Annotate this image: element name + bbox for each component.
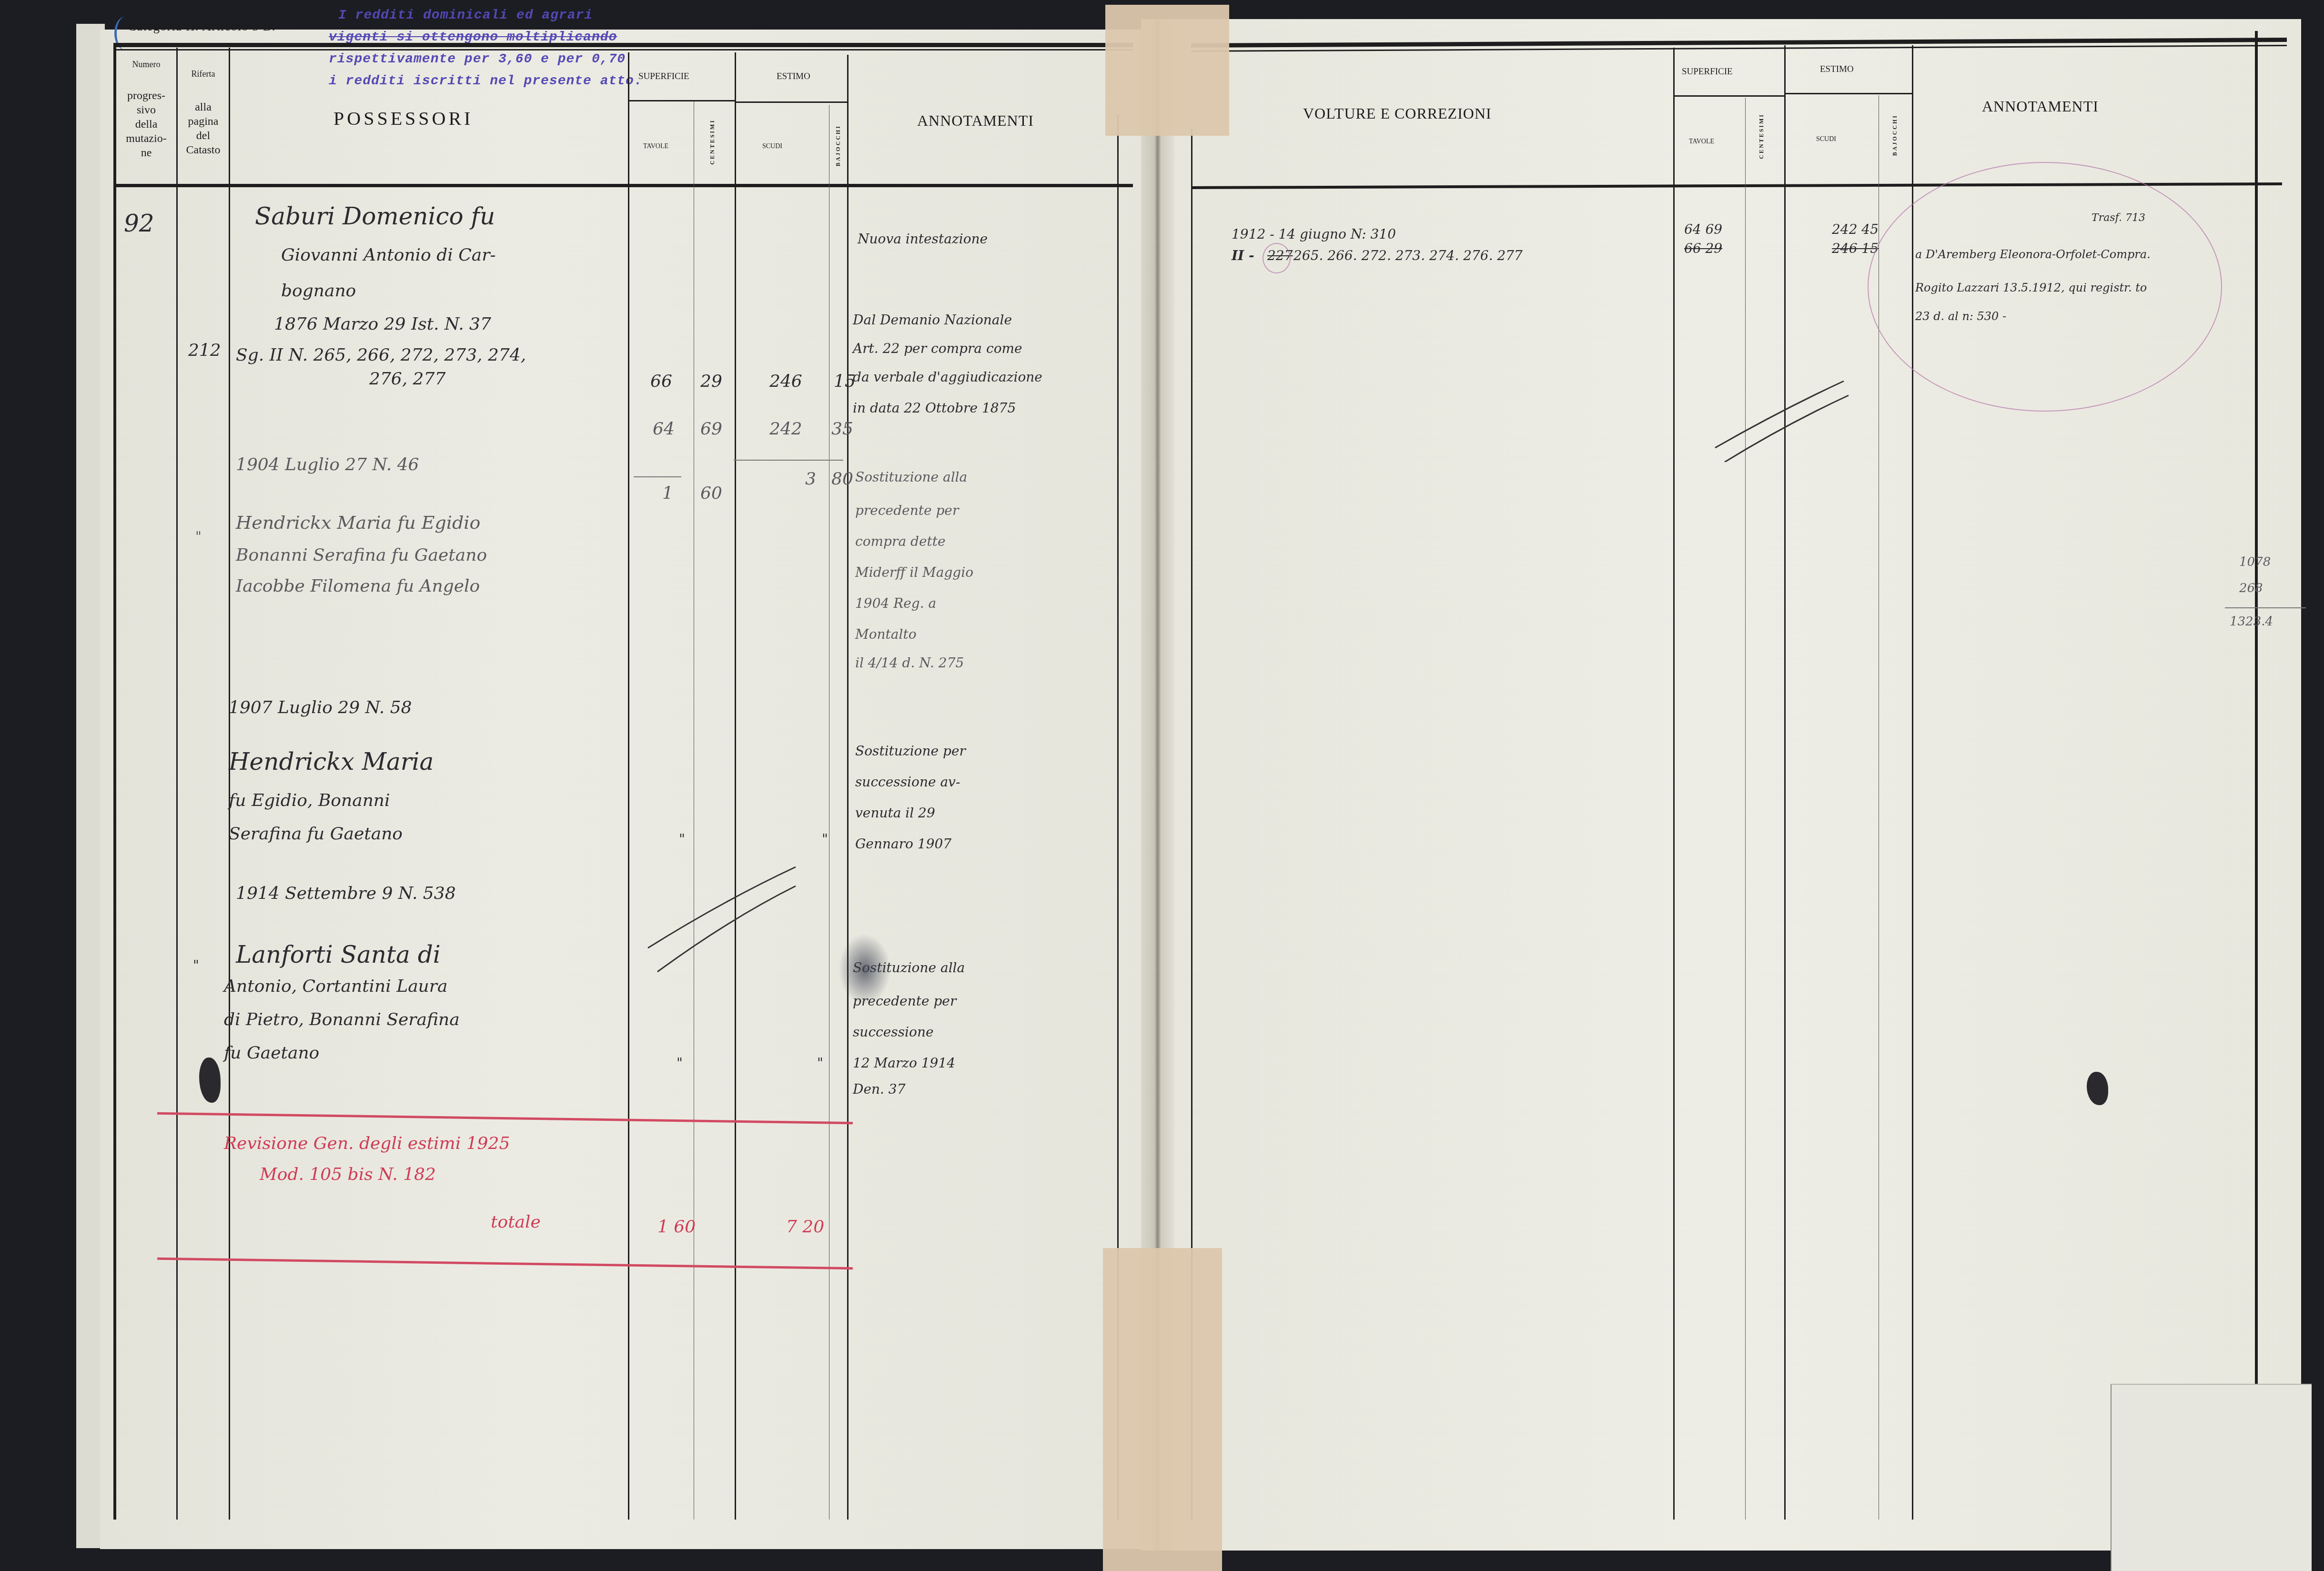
- paper-patch: [2111, 1384, 2312, 1571]
- annotation-line: Den. 37: [853, 1081, 905, 1097]
- entry-numero: 92: [124, 210, 154, 237]
- header-superficie-right: SUPERFICIE: [1682, 67, 1733, 77]
- subtotal-rule: [634, 476, 681, 477]
- centesimi-value: 60: [700, 483, 722, 503]
- column-rule: [176, 48, 178, 1520]
- header-numero-line: Numero: [116, 57, 176, 71]
- annotation-line: compra dette: [855, 534, 946, 549]
- totale-superficie: 1 60: [657, 1217, 696, 1237]
- column-rule: [735, 52, 736, 1520]
- category-label: Categoria II. Articolo 5 B.: [128, 19, 275, 34]
- centesimi-value: 29: [700, 372, 722, 391]
- margin-calc-line: 1323.4: [2230, 614, 2273, 629]
- revision-note-line2: Mod. 105 bis N. 182: [260, 1165, 436, 1184]
- totale-estimo: 7 20: [786, 1217, 824, 1237]
- owner-line: di Pietro, Bonanni Serafina: [224, 1010, 460, 1029]
- annotation-line: Nuova intestazione: [858, 231, 988, 247]
- bajocchi-value: 15: [834, 372, 856, 391]
- column-rule: [113, 43, 116, 1520]
- subheader-rule: [736, 101, 847, 103]
- header-riferta-line: pagina: [178, 114, 229, 129]
- circled-mark: [1263, 243, 1291, 273]
- owner-line: Iacobbe Filomena fu Angelo: [236, 576, 480, 596]
- tavole-value: 66: [650, 372, 672, 391]
- entry-riferta: 212: [188, 341, 221, 360]
- annotation-line: Sostituzione per: [855, 743, 966, 759]
- header-top-rule-thin: [113, 49, 1133, 50]
- column-rule: [1784, 45, 1786, 1520]
- annotation-line: precedente per: [855, 503, 959, 518]
- owner-line: 1904 Luglio 27 N. 46: [236, 455, 419, 474]
- cancel-strokes: [1710, 367, 1853, 462]
- stamp-line: i redditi iscritti nel presente atto.: [329, 70, 643, 92]
- annotation-line: in data 22 Ottobre 1875: [853, 400, 1016, 416]
- header-numero: Numero progres- sivo della mutazio- ne: [116, 57, 176, 160]
- annotation-line: Montalto: [855, 626, 917, 642]
- owner-line: 1914 Settembre 9 N. 538: [236, 884, 456, 903]
- owner-line: Antonio, Cortantini Laura: [224, 977, 447, 996]
- estimo-new: 242 45: [1832, 222, 1879, 237]
- header-annotamenti-right: ANNOTAMENTI: [1982, 98, 2099, 115]
- header-centesimi: CENTESIMI: [709, 119, 716, 165]
- bajocchi-corrected: 35: [831, 419, 853, 439]
- header-riferta-line: Riferta: [178, 67, 229, 81]
- header-bottom-rule: [113, 184, 1133, 187]
- owner-line: fu Egidio, Bonanni: [229, 791, 390, 810]
- subheader-rule: [1786, 93, 1912, 94]
- header-numero-line: mutazio-: [116, 131, 176, 146]
- owner-line: fu Gaetano: [224, 1043, 319, 1063]
- revision-note-line1: Revisione Gen. degli estimi 1925: [224, 1134, 510, 1153]
- annotation-line: 23 d. al n: 530 -: [1915, 310, 2006, 323]
- bajocchi-value: 80: [831, 469, 853, 489]
- voltura-date: 1912 - 14 giugno N: 310: [1232, 226, 1396, 242]
- annotation-line: Sostituzione alla: [855, 469, 967, 485]
- column-rule-thin: [829, 105, 829, 1520]
- column-rule: [847, 55, 849, 1520]
- centesimi-corrected: 69: [700, 419, 722, 439]
- header-numero-line: sivo: [116, 103, 176, 117]
- header-tavole: TAVOLE: [643, 143, 668, 151]
- stamp-line: rispettivamente per 3,60 e per 0,70: [329, 49, 643, 70]
- column-rule-thin: [694, 100, 694, 1520]
- annotation-line: da verbale d'aggiudicazione: [853, 369, 1042, 385]
- annotation-line: Trasf. 713: [2092, 212, 2145, 224]
- column-rule: [628, 52, 629, 1520]
- margin-calc-line: 1078: [2239, 555, 2271, 569]
- totale-label: totale: [491, 1212, 541, 1232]
- owner-line: 1907 Luglio 29 N. 58: [229, 698, 412, 717]
- header-volture: VOLTURE E CORREZIONI: [1303, 105, 1492, 122]
- column-rule-thin: [1745, 98, 1746, 1520]
- header-superficie: SUPERFICIE: [638, 71, 689, 82]
- header-estimo: ESTIMO: [777, 71, 810, 82]
- header-centesimi-right: CENTESIMI: [1758, 113, 1765, 159]
- owner-line: bognano: [281, 281, 356, 301]
- ditto-mark: ": [679, 831, 685, 847]
- scudi-value: 3: [805, 469, 816, 489]
- column-rule: [229, 48, 230, 1520]
- owner-line: 276, 277: [369, 369, 445, 389]
- header-bajocchi-right: BAJOCCHI: [1891, 114, 1899, 156]
- annotation-line: Art. 22 per compra come: [853, 341, 1022, 356]
- margin-calc-line: 268: [2239, 581, 2263, 595]
- header-riferta-line: del: [178, 129, 229, 143]
- annotation-line: Miderff il Maggio: [855, 564, 973, 580]
- ditto-mark: ": [817, 1055, 823, 1071]
- repair-tape-bottom: [1103, 1248, 1222, 1571]
- tax-multiplier-stamp: I redditi dominicali ed agrari vigenti s…: [329, 5, 643, 92]
- header-bajocchi: BAJOCCHI: [835, 125, 842, 166]
- superficie-new: 64 69: [1684, 222, 1722, 237]
- estimo-old: 246 15: [1832, 241, 1879, 256]
- scudi-value: 246: [769, 372, 802, 391]
- header-riferta-line: alla: [178, 100, 229, 114]
- ditto-mark: ": [677, 1055, 683, 1071]
- column-rule-outer: [2255, 31, 2258, 1489]
- annotation-line: successione av-: [855, 774, 960, 790]
- owner-line: Serafina fu Gaetano: [229, 824, 403, 844]
- annotation-line: 1904 Reg. a: [855, 595, 936, 611]
- header-numero-line: ne: [116, 146, 176, 160]
- tavole-value: 1: [662, 483, 673, 503]
- annotation-line: successione: [853, 1024, 934, 1040]
- header-scudi-right: SCUDI: [1816, 136, 1836, 143]
- annotation-line: Rogito Lazzari 13.5.1912, qui registr. t…: [1915, 281, 2147, 294]
- scudi-corrected: 242: [769, 419, 802, 439]
- tavole-corrected: 64: [653, 419, 675, 439]
- annotation-line: Dal Demanio Nazionale: [853, 312, 1012, 328]
- ink-smudge: [839, 934, 891, 1005]
- ditto-mark: ": [193, 957, 199, 973]
- header-annotamenti: ANNOTAMENTI: [917, 112, 1034, 130]
- header-riferta: Riferta alla pagina del Catasto: [178, 67, 229, 157]
- header-numero-line: progres-: [116, 89, 176, 103]
- owner-line: Hendrickx Maria fu Egidio: [236, 512, 480, 533]
- voltura-prefix: II -: [1232, 248, 1254, 263]
- owner-line: Bonanni Serafina fu Gaetano: [236, 545, 487, 565]
- header-possessori: POSSESSORI: [333, 107, 473, 130]
- owner-line: Hendrickx Maria: [229, 748, 434, 775]
- header-tavole-right: TAVOLE: [1689, 138, 1714, 146]
- column-rule: [1673, 48, 1675, 1520]
- repair-tape-top: [1105, 5, 1229, 136]
- ditto-mark: ": [195, 529, 202, 544]
- annotation-line: Gennaro 1907: [855, 836, 951, 852]
- subtotal-rule: [734, 460, 843, 461]
- owner-line: 1876 Marzo 29 Ist. N. 37: [274, 314, 491, 334]
- header-top-rule: [113, 43, 1133, 47]
- annotation-line: il 4/14 d. N. 275: [855, 655, 964, 671]
- margin-calc-rule: [2225, 607, 2306, 608]
- annotation-line: a D'Aremberg Eleonora-Orfolet-Compra.: [1915, 248, 2151, 261]
- subheader-rule: [629, 100, 735, 101]
- annotation-line: venuta il 29: [855, 805, 935, 821]
- header-scudi: SCUDI: [762, 143, 782, 151]
- annotation-line: 12 Marzo 1914: [853, 1055, 955, 1071]
- ditto-mark: ": [822, 831, 828, 847]
- owner-line: Saburi Domenico fu: [255, 202, 495, 230]
- voltura-parcel-numbers: 265. 266. 272. 273. 274. 276. 277: [1293, 248, 1523, 263]
- header-numero-line: della: [116, 117, 176, 131]
- left-page: [100, 30, 1153, 1549]
- owner-line: Lanforti Santa di: [236, 941, 441, 968]
- header-riferta-line: Catasto: [178, 143, 229, 157]
- stamp-line: I redditi dominicali ed agrari: [329, 5, 643, 27]
- header-estimo-right: ESTIMO: [1820, 64, 1854, 75]
- cancel-strokes: [643, 862, 800, 977]
- owner-line: Sg. II N. 265, 266, 272, 273, 274,: [236, 345, 526, 365]
- owner-line: Giovanni Antonio di Car-: [281, 245, 496, 265]
- subheader-rule: [1675, 95, 1784, 97]
- superficie-old: 66 29: [1684, 241, 1722, 256]
